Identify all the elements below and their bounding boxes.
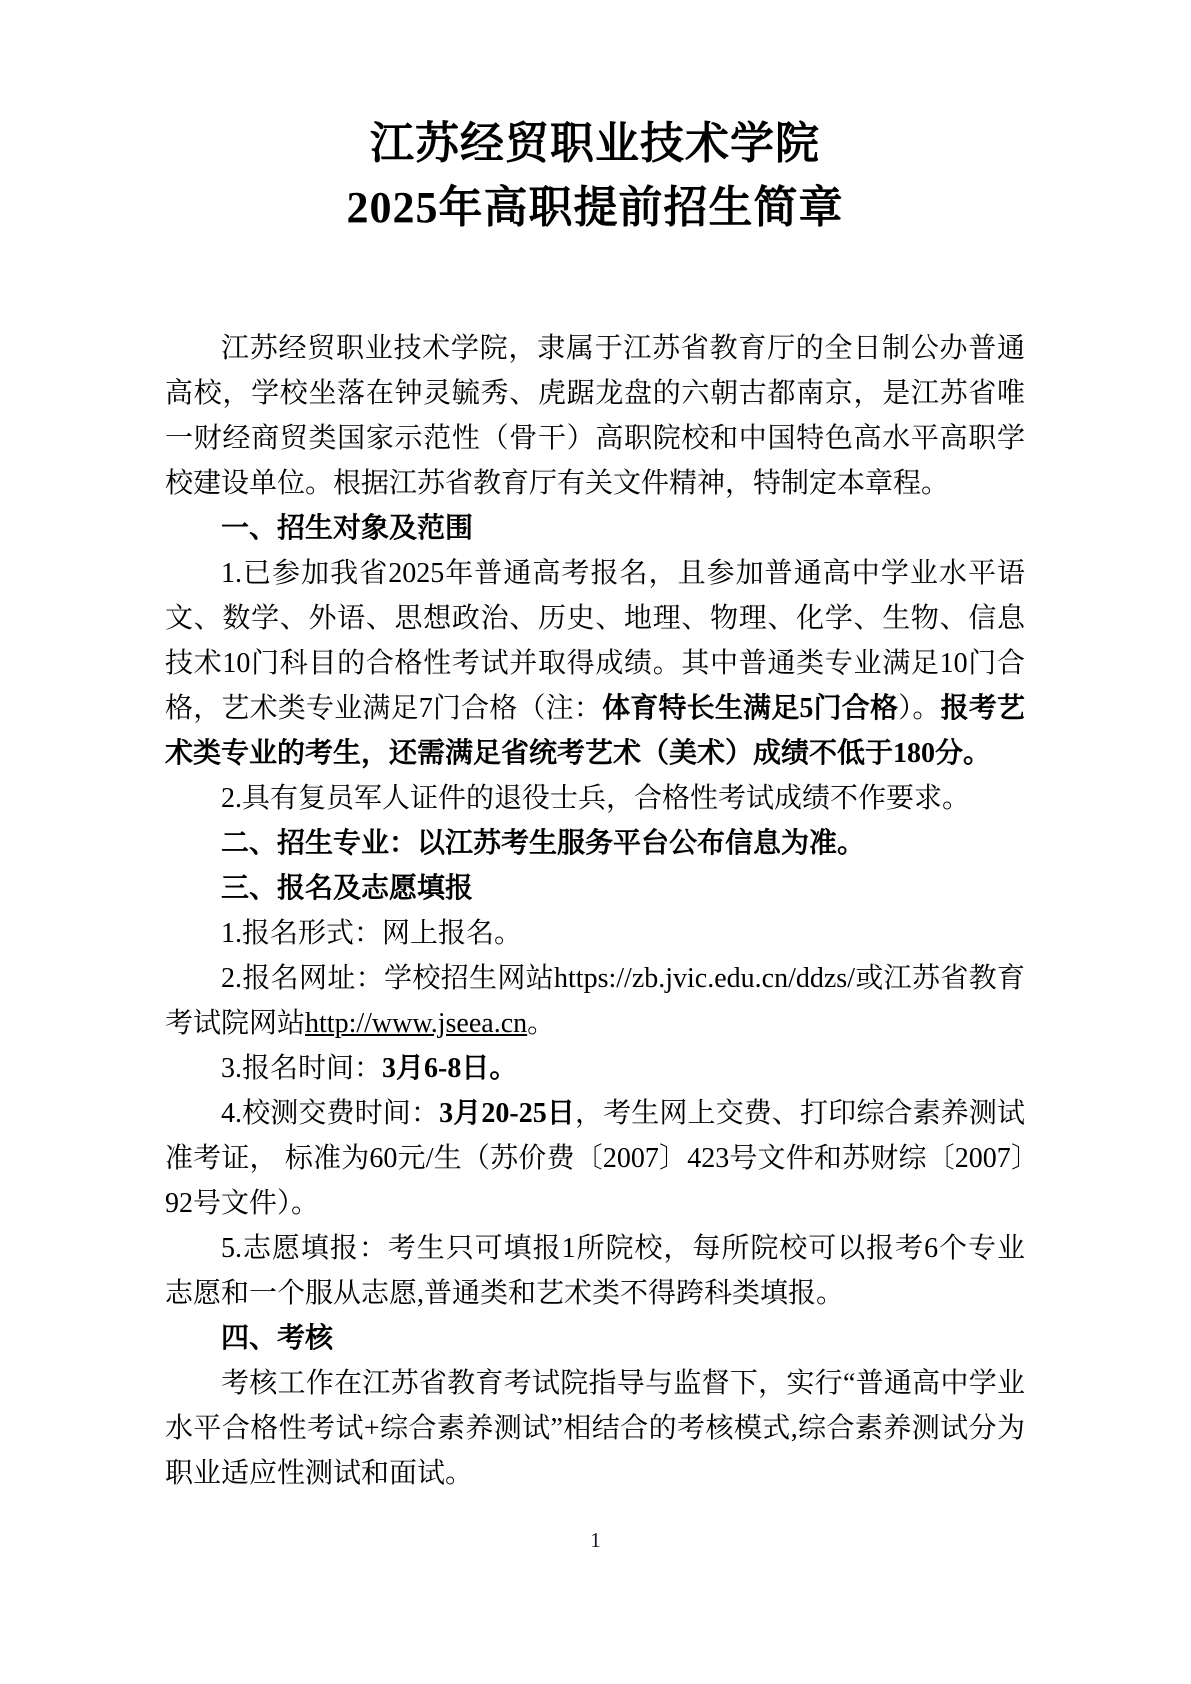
section4-paragraph: 考核工作在江苏省教育考试院指导与监督下，实行“普通高中学业水平合格性考试+综合素… — [165, 1361, 1025, 1496]
section1-item1-close-paren: ）。 — [898, 693, 940, 724]
section3-item3-date: 3月6-8日。 — [382, 1053, 517, 1084]
section3-item1: 1.报名形式：网上报名。 — [165, 911, 1025, 956]
section1-item1-bold-note: 体育特长生满足5门合格 — [602, 693, 898, 724]
document-content: 江苏经贸职业技术学院 2025年高职提前招生简章 江苏经贸职业技术学院，隶属于江… — [0, 0, 1191, 1496]
title-line-1: 江苏经贸职业技术学院 — [165, 112, 1025, 176]
section1-item2: 2.具有复员军人证件的退役士兵，合格性考试成绩不作要求。 — [165, 776, 1025, 821]
section3-item5: 5.志愿填报：考生只可填报1所院校，每所院校可以报考6个专业志愿和一个服从志愿,… — [165, 1226, 1025, 1316]
section3-item4-date: 3月20-25日 — [439, 1098, 575, 1129]
title-line-2: 2025年高职提前招生简章 — [165, 176, 1025, 240]
section3-item2-text: 2.报名网址：学校招生网站https://zb.jvic.edu.cn/ddzs… — [165, 963, 1025, 1039]
document-page: 江苏经贸职业技术学院 2025年高职提前招生简章 江苏经贸职业技术学院，隶属于江… — [0, 0, 1191, 1684]
document-title: 江苏经贸职业技术学院 2025年高职提前招生简章 — [165, 112, 1025, 240]
section3-item4: 4.校测交费时间：3月20-25日，考生网上交费、打印综合素养测试准考证， 标准… — [165, 1091, 1025, 1226]
section3-heading: 三、报名及志愿填报 — [165, 866, 1025, 911]
section3-item4-label: 4.校测交费时间： — [221, 1098, 439, 1129]
section3-item3-label: 3.报名时间： — [221, 1053, 382, 1084]
section3-item2-period: 。 — [527, 1008, 555, 1039]
section3-item2: 2.报名网址：学校招生网站https://zb.jvic.edu.cn/ddzs… — [165, 956, 1025, 1046]
jseea-link[interactable]: http://www.jseea.cn — [305, 1008, 527, 1039]
section3-item3: 3.报名时间：3月6-8日。 — [165, 1046, 1025, 1091]
document-body: 江苏经贸职业技术学院，隶属于江苏省教育厅的全日制公办普通高校，学校坐落在钟灵毓秀… — [165, 326, 1025, 1496]
page-number: 1 — [0, 1528, 1191, 1553]
section1-item1: 1.已参加我省2025年普通高考报名，且参加普通高中学业水平语文、数学、外语、思… — [165, 551, 1025, 776]
section1-heading: 一、招生对象及范围 — [165, 506, 1025, 551]
section2-heading: 二、招生专业：以江苏考生服务平台公布信息为准。 — [165, 821, 1025, 866]
intro-paragraph: 江苏经贸职业技术学院，隶属于江苏省教育厅的全日制公办普通高校，学校坐落在钟灵毓秀… — [165, 326, 1025, 506]
section4-heading: 四、考核 — [165, 1316, 1025, 1361]
